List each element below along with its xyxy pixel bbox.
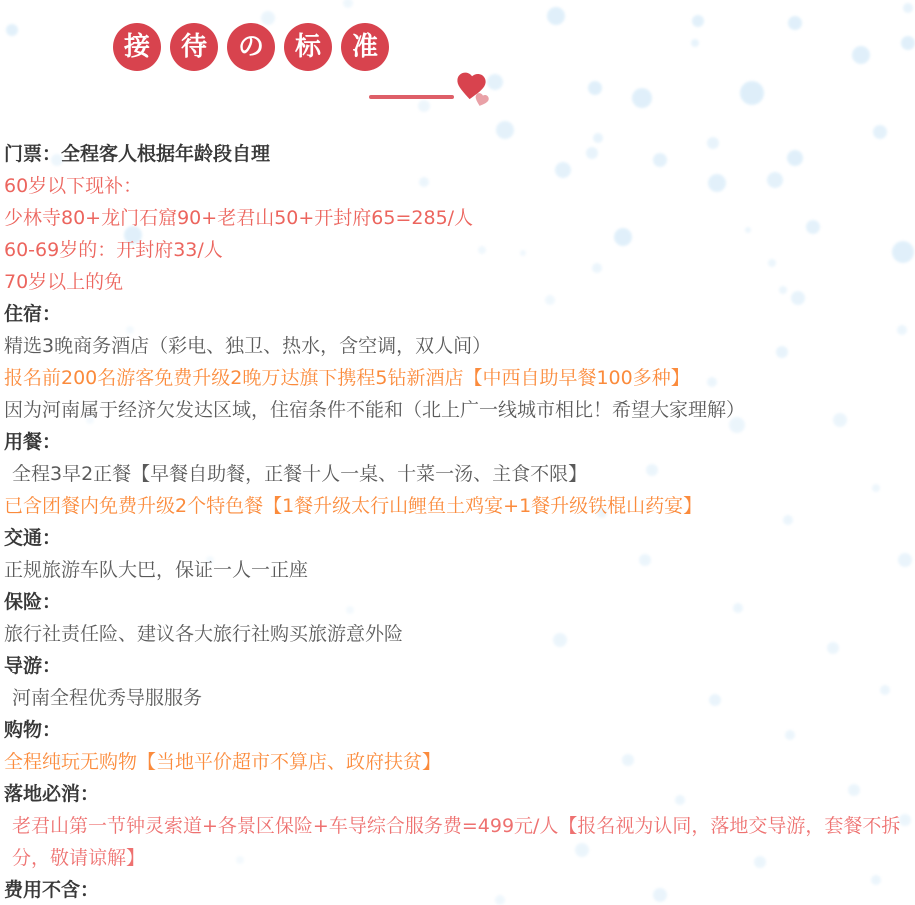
text-line: 门票：全程客人根据年龄段自理 bbox=[4, 138, 912, 170]
decorative-dot bbox=[740, 81, 764, 105]
header-circle: 标 bbox=[284, 23, 332, 71]
text-line: 报名前200名游客免费升级2晚万达旗下携程5钻新酒店【中西自助早餐100多种】 bbox=[4, 362, 912, 394]
divider-line bbox=[369, 95, 454, 99]
decorative-dot bbox=[901, 36, 915, 50]
decorative-dot bbox=[6, 24, 18, 36]
reception-standards-text: 门票：全程客人根据年龄段自理60岁以下现补：少林寺80+龙门石窟90+老君山50… bbox=[4, 138, 912, 905]
header-circle: の bbox=[227, 23, 275, 71]
text-line: 精选3晚商务酒店（彩电、独卫、热水，含空调，双人间） bbox=[4, 330, 912, 362]
text-line: 导游： bbox=[4, 650, 912, 682]
text-line: 60-69岁的：开封府33/人 bbox=[4, 234, 912, 266]
text-line: 正规旅游车队大巴，保证一人一正座 bbox=[4, 554, 912, 586]
decorative-dot bbox=[418, 100, 430, 112]
decorative-dot bbox=[632, 88, 652, 108]
text-line: 落地必消： bbox=[4, 778, 912, 810]
decorative-dot bbox=[496, 121, 514, 139]
header-circle: 准 bbox=[341, 23, 389, 71]
title-circles: 接待の标准 bbox=[113, 23, 389, 71]
decorative-dot bbox=[788, 16, 802, 30]
text-line: 用餐： bbox=[4, 426, 912, 458]
page: 接待の标准 门票：全程客人根据年龄段自理60岁以下现补：少林寺80+龙门石窟90… bbox=[0, 0, 915, 905]
text-line: 保险： bbox=[4, 586, 912, 618]
text-line: 旅行社责任险、建议各大旅行社购买旅游意外险 bbox=[4, 618, 912, 650]
text-line: 少林寺80+龙门石窟90+老君山50+开封府65=285/人 bbox=[4, 202, 912, 234]
text-line: 交通： bbox=[4, 522, 912, 554]
text-line: 已含团餐内免费升级2个特色餐【1餐升级太行山鲤鱼土鸡宴+1餐升级铁棍山药宴】 bbox=[4, 490, 912, 522]
decorative-dot bbox=[903, 3, 913, 13]
text-line: 全程纯玩无购物【当地平价超市不算店、政府扶贫】 bbox=[4, 746, 912, 778]
decorative-dot bbox=[692, 15, 704, 27]
heart-icon-small bbox=[471, 90, 492, 110]
decorative-dot bbox=[588, 81, 602, 95]
text-line: 老君山第一节钟灵索道+各景区保险+车导综合服务费=499元/人【报名视为认同，落… bbox=[4, 810, 912, 874]
decorative-dot bbox=[691, 39, 699, 47]
decorative-dot bbox=[343, 0, 353, 8]
header-circle: 接 bbox=[113, 23, 161, 71]
text-line: 因为河南属于经济欠发达区域，住宿条件不能和（北上广一线城市相比！希望大家理解） bbox=[4, 394, 912, 426]
text-line: 全程3早2正餐【早餐自助餐，正餐十人一桌、十菜一汤、主食不限】 bbox=[4, 458, 912, 490]
text-line: 购物： bbox=[4, 714, 912, 746]
decorative-dot bbox=[547, 7, 565, 25]
text-line: 河南全程优秀导服服务 bbox=[4, 682, 912, 714]
text-line: 60岁以下现补： bbox=[4, 170, 912, 202]
text-line: 住宿： bbox=[4, 298, 912, 330]
text-line: 费用不含： bbox=[4, 874, 912, 905]
decorative-dot bbox=[852, 46, 870, 64]
text-line: 70岁以上的免 bbox=[4, 266, 912, 298]
decorative-dot bbox=[873, 125, 887, 139]
header-circle: 待 bbox=[170, 23, 218, 71]
